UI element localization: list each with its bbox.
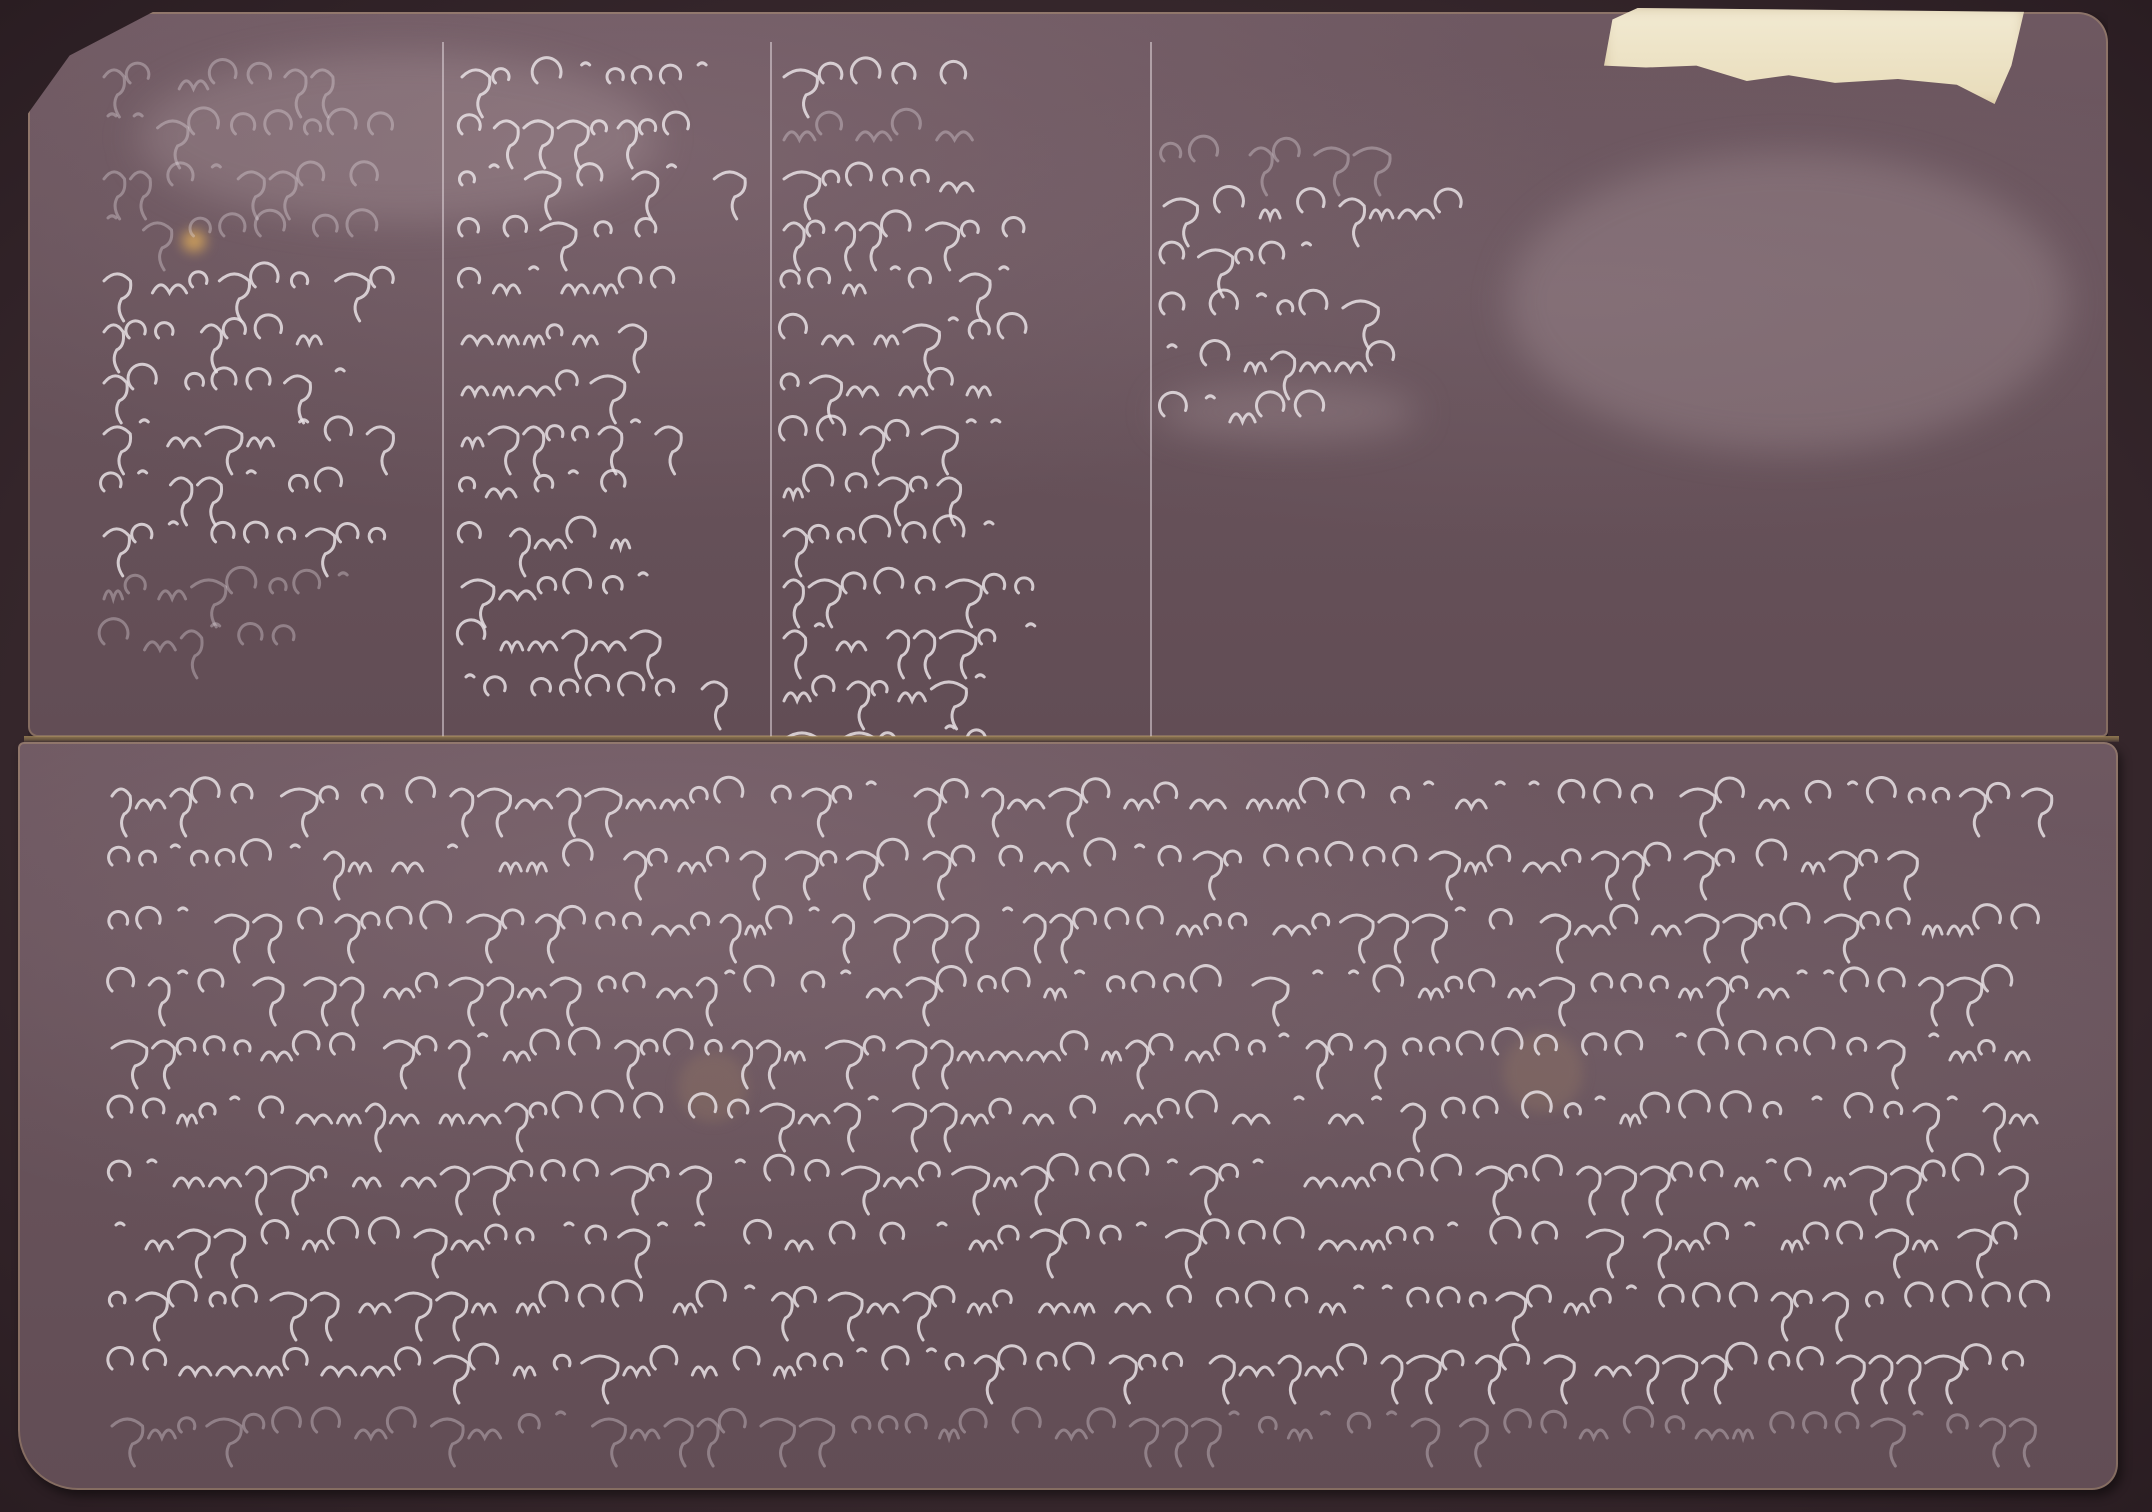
handwritten-script-strokes [100, 266, 397, 304]
body-text-line [108, 1158, 2048, 1198]
column-2 [458, 62, 755, 725]
list-entry [100, 164, 409, 202]
list-entry [100, 368, 409, 406]
handwritten-script-strokes [100, 62, 346, 100]
column-rule-line [770, 42, 772, 742]
handwritten-script-strokes [458, 470, 652, 508]
list-entry [780, 623, 1055, 661]
column-3 [780, 62, 1055, 776]
handwritten-script-strokes [458, 419, 690, 457]
handwritten-script-strokes [780, 521, 1051, 559]
handwritten-script-strokes [108, 1347, 2048, 1387]
list-entry [100, 266, 409, 304]
handwritten-script-strokes [780, 317, 1029, 355]
list-entry [458, 470, 755, 508]
handwritten-script-strokes [458, 521, 655, 559]
list-entry [780, 521, 1055, 559]
body-text-line [108, 906, 2048, 946]
body-text-line [108, 969, 2048, 1009]
handwritten-script-strokes [458, 164, 755, 202]
list-entry [780, 317, 1055, 355]
handwritten-script-strokes [108, 969, 2048, 1009]
handwritten-script-strokes [780, 215, 1032, 253]
list-entry [458, 266, 755, 304]
list-entry [1160, 293, 1467, 331]
handwritten-script-strokes [1160, 293, 1403, 331]
handwritten-script-strokes [780, 623, 1048, 661]
handwritten-script-strokes [1160, 344, 1405, 382]
handwritten-script-strokes [458, 215, 672, 253]
list-entry [458, 317, 755, 355]
list-entry [100, 62, 409, 100]
list-entry [458, 164, 755, 202]
handwritten-script-strokes [108, 1158, 2048, 1198]
body-text-line [108, 843, 1928, 883]
body-text-line [108, 1032, 2048, 1072]
list-entry [100, 419, 409, 457]
handwritten-script-strokes [108, 1284, 2048, 1324]
list-entry [780, 164, 1055, 202]
handwritten-script-strokes [1160, 395, 1359, 433]
list-entry [458, 62, 755, 100]
handwritten-script-strokes [1160, 191, 1467, 229]
list-entry [1160, 395, 1467, 433]
handwritten-script-strokes [780, 368, 1000, 406]
list-entry [780, 674, 1055, 712]
list-entry [780, 266, 1055, 304]
handwritten-script-strokes [780, 266, 1040, 304]
list-entry [1160, 140, 1467, 178]
list-entry [1160, 344, 1467, 382]
column-rule-line [442, 42, 444, 742]
handwritten-script-strokes [108, 1221, 2048, 1261]
list-entry [1160, 242, 1467, 280]
list-entry [458, 113, 755, 151]
list-entry [100, 623, 409, 661]
handwritten-script-strokes [108, 843, 1928, 883]
handwritten-script-strokes [100, 164, 382, 202]
body-text-line [108, 1221, 2048, 1261]
handwritten-script-strokes [108, 1032, 2048, 1072]
body-text-line [108, 1347, 2048, 1387]
handwritten-script-strokes [780, 419, 1032, 457]
handwritten-script-strokes [458, 266, 683, 304]
handwritten-script-strokes [108, 906, 2048, 946]
list-entry [780, 62, 1055, 100]
list-entry [100, 317, 409, 355]
handwritten-script-strokes [100, 419, 401, 457]
column-rule-line [1150, 42, 1152, 742]
handwritten-script-strokes [780, 113, 987, 151]
list-entry [780, 368, 1055, 406]
handwritten-script-strokes [458, 572, 682, 610]
list-entry [100, 215, 409, 253]
handwritten-script-strokes [458, 623, 681, 661]
list-entry [780, 215, 1055, 253]
handwritten-script-strokes [108, 780, 2048, 820]
handwritten-script-strokes [458, 317, 669, 355]
list-entry [100, 572, 409, 610]
list-entry [780, 113, 1055, 151]
body-text-line [108, 780, 2048, 820]
handwritten-script-strokes [100, 368, 376, 406]
handwritten-script-strokes [780, 674, 1012, 712]
chalk-smudge [1508, 152, 2068, 452]
handwritten-script-strokes [780, 470, 964, 508]
list-entry [458, 419, 755, 457]
list-entry [458, 215, 755, 253]
list-entry [780, 572, 1055, 610]
handwritten-script-strokes [100, 113, 405, 151]
list-entry [458, 521, 755, 559]
handwritten-script-strokes [100, 215, 409, 253]
handwritten-script-strokes [108, 1095, 2048, 1135]
handwritten-script-strokes [780, 62, 972, 100]
handwritten-script-strokes [100, 521, 401, 559]
list-entry [458, 572, 755, 610]
body-text-line [108, 1410, 2048, 1450]
column-4 [1160, 140, 1467, 446]
column-1 [100, 62, 409, 674]
list-entry [458, 674, 755, 712]
list-entry [780, 470, 1055, 508]
list-entry [458, 623, 755, 661]
manuscript-upper-panel [28, 12, 2108, 737]
body-text-line [108, 1095, 2048, 1135]
list-entry [100, 521, 409, 559]
list-entry [1160, 191, 1467, 229]
handwritten-script-strokes [458, 368, 642, 406]
manuscript-lower-panel [18, 742, 2118, 1490]
handwritten-script-strokes [100, 623, 324, 661]
handwritten-script-strokes [458, 113, 711, 151]
body-text-line [108, 1284, 2048, 1324]
handwritten-script-strokes [458, 674, 743, 712]
handwritten-script-strokes [100, 572, 378, 610]
list-entry [780, 419, 1055, 457]
list-entry [458, 368, 755, 406]
handwritten-script-strokes [458, 62, 738, 100]
handwritten-script-strokes [780, 164, 974, 202]
handwritten-script-strokes [780, 572, 1055, 610]
handwritten-script-strokes [100, 317, 318, 355]
list-entry [100, 113, 409, 151]
handwritten-script-strokes [1160, 242, 1370, 280]
list-entry [100, 470, 409, 508]
handwritten-script-strokes [1160, 140, 1409, 178]
handwritten-script-strokes [100, 470, 377, 508]
handwritten-script-strokes [108, 1410, 2048, 1450]
